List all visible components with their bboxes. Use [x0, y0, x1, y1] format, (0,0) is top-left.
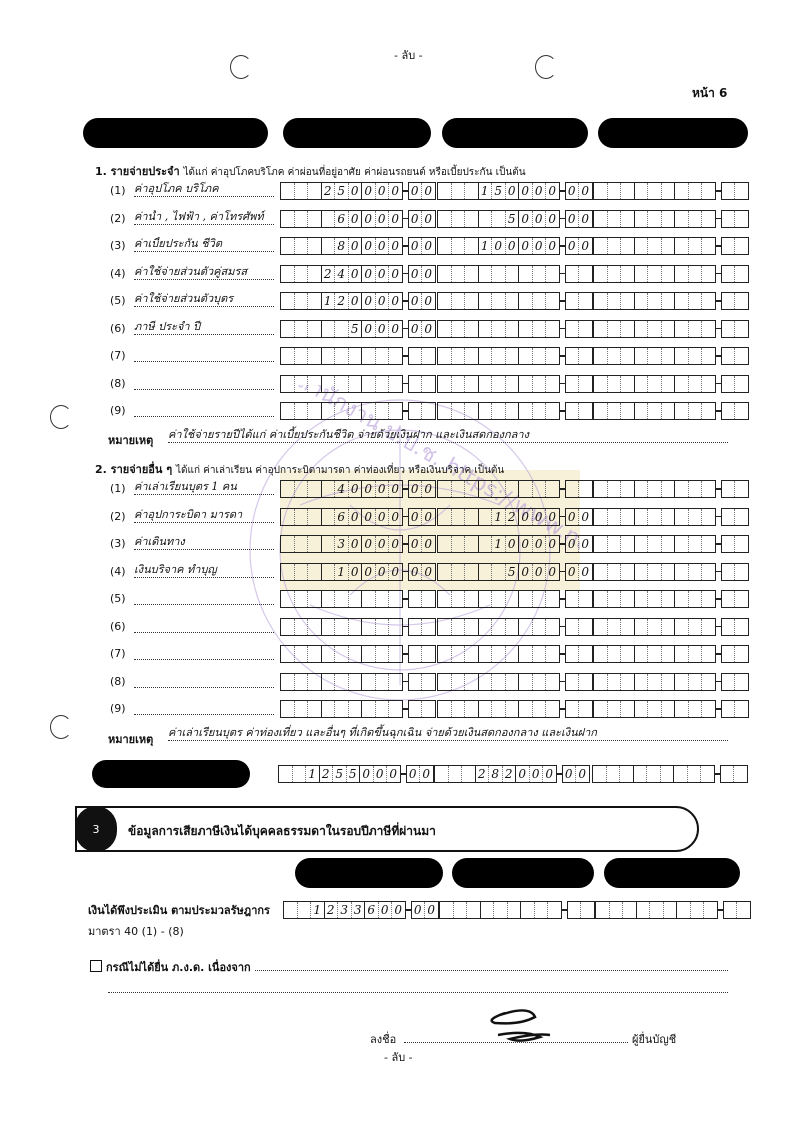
amount-field-col1[interactable]: 6000000	[280, 210, 436, 228]
digit-cell	[389, 701, 402, 717]
digit-cell	[465, 674, 478, 690]
digit-cell	[648, 348, 662, 364]
digit-cell	[492, 293, 506, 309]
digit-cell	[295, 619, 309, 635]
digit-cell	[479, 591, 493, 607]
row-number: (4)	[110, 267, 126, 280]
digit-cell	[546, 701, 559, 717]
digit-cell	[438, 403, 452, 419]
row-label-field[interactable]: ค่าเล่าเรียนบุตร 1 คน	[134, 480, 274, 495]
amount-field-col1[interactable]: 25000000	[280, 182, 436, 200]
amount-field-col3[interactable]	[593, 700, 749, 718]
decimal-cell	[566, 293, 580, 309]
decimal-cell: 0	[409, 266, 423, 282]
digit-cell	[322, 321, 336, 337]
decimal-cell	[579, 376, 592, 392]
digit-cell	[689, 619, 703, 635]
digit-cell	[335, 321, 349, 337]
digit-cell	[452, 376, 466, 392]
amount-field-col2[interactable]	[437, 347, 593, 365]
digit-cell	[635, 646, 649, 662]
digit-cell	[594, 536, 608, 552]
amount-field-col3[interactable]	[593, 590, 749, 608]
amount-field-col2[interactable]	[437, 292, 593, 310]
row-label-field[interactable]	[134, 347, 274, 362]
digit-cell: 6	[335, 509, 349, 525]
digit-cell	[438, 211, 452, 227]
row-label-field[interactable]	[134, 590, 274, 605]
digit-cell	[281, 619, 295, 635]
row-label-field[interactable]: ค่าน้ำ , ไฟฟ้า , ค่าโทรศัพท์	[134, 210, 274, 225]
digit-cell	[594, 293, 608, 309]
digit-cell	[519, 293, 533, 309]
decimal-cell: 0	[566, 211, 580, 227]
digit-cell	[452, 591, 466, 607]
punch-hole	[50, 715, 72, 739]
row-label-field[interactable]	[134, 402, 274, 417]
digit-cell	[635, 376, 649, 392]
amount-field-col3[interactable]	[593, 402, 749, 420]
digit-cell	[438, 293, 452, 309]
digit-cell: 0	[506, 183, 519, 199]
redacted-column-header	[604, 858, 740, 888]
decimal-cell	[409, 591, 423, 607]
amount-field-col1[interactable]: 4000000	[280, 480, 436, 498]
decimal-cell: 0	[422, 211, 435, 227]
amount-field-col2[interactable]	[437, 320, 593, 338]
digit-cell	[335, 348, 349, 364]
decimal-cell	[735, 321, 748, 337]
amount-field-col1[interactable]: 12000000	[280, 292, 436, 310]
digit-cell	[322, 509, 336, 525]
not-filed-checkbox[interactable]	[90, 960, 102, 972]
digit-cell	[702, 348, 715, 364]
decimal-cell	[579, 266, 592, 282]
amount-field-col1[interactable]: 500000	[280, 320, 436, 338]
digit-cell: 1	[311, 902, 324, 918]
decimal-cell: 0	[422, 564, 435, 580]
row-label-field[interactable]	[134, 645, 274, 660]
amount-field-col3[interactable]	[593, 182, 749, 200]
digit-cell	[648, 619, 662, 635]
digit-cell	[702, 183, 715, 199]
digit-cell	[608, 591, 622, 607]
digit-cell	[281, 376, 295, 392]
decimal-cell	[566, 481, 580, 497]
digit-cell	[533, 321, 547, 337]
digit-cell	[322, 403, 336, 419]
total-amount-col2[interactable]: 28200000	[434, 765, 590, 783]
digit-cell	[608, 376, 622, 392]
amount-field-col1[interactable]	[280, 618, 436, 636]
digit-cell	[608, 481, 622, 497]
digit-cell	[702, 376, 715, 392]
amount-field-col3[interactable]	[593, 673, 749, 691]
digit-cell	[662, 266, 675, 282]
amount-field-col1[interactable]	[280, 700, 436, 718]
digit-cell	[533, 293, 547, 309]
digit-cell: 0	[362, 183, 376, 199]
digit-cell	[506, 619, 519, 635]
digit-cell	[621, 509, 634, 525]
amount-field-col2[interactable]	[437, 590, 593, 608]
digit-cell	[389, 591, 402, 607]
row-label-field[interactable]: ค่าเดินทาง	[134, 535, 274, 550]
decimal-cell	[724, 902, 738, 918]
decimal-cell	[409, 348, 423, 364]
digit-cell	[479, 376, 493, 392]
digit-cell	[438, 481, 452, 497]
decimal-cell: 0	[422, 509, 435, 525]
amount-field-col2[interactable]	[437, 375, 593, 393]
amount-field-col2[interactable]: 1000000	[437, 535, 593, 553]
digit-cell	[621, 591, 634, 607]
digit-cell	[465, 348, 478, 364]
digit-cell	[295, 536, 309, 552]
not-filed-reason-field-line2[interactable]	[108, 980, 728, 993]
digit-cell	[662, 376, 675, 392]
row-label-field[interactable]: เงินบริจาค ทำบุญ	[134, 563, 274, 578]
amount-field-col3[interactable]	[593, 618, 749, 636]
amount-field-col1[interactable]: 24000000	[280, 265, 436, 283]
digit-cell	[689, 321, 703, 337]
row-label-field[interactable]	[134, 375, 274, 390]
digit-cell: 0	[349, 509, 362, 525]
decimal-cell	[409, 403, 423, 419]
digit-cell	[702, 564, 715, 580]
decimal-cell: 0	[579, 536, 592, 552]
digit-cell	[281, 509, 295, 525]
row-label-field[interactable]	[134, 700, 274, 715]
digit-cell: 0	[362, 536, 376, 552]
decimal-cell	[422, 403, 435, 419]
digit-cell	[452, 564, 466, 580]
digit-cell	[635, 266, 649, 282]
amount-field-col1[interactable]	[280, 673, 436, 691]
digit-cell	[662, 321, 675, 337]
digit-cell	[308, 266, 321, 282]
decimal-cell	[579, 403, 592, 419]
redacted-column-header	[83, 118, 268, 148]
digit-cell	[648, 238, 662, 254]
digit-cell	[389, 403, 402, 419]
row-number: (9)	[110, 404, 126, 417]
amount-field-col3[interactable]	[593, 508, 749, 526]
digit-cell	[689, 376, 703, 392]
decimal-cell	[722, 481, 736, 497]
section2-note-text: ค่าเล่าเรียนบุตร ค่าท่องเที่ยว และอื่นๆ …	[168, 726, 728, 741]
digit-cell: 0	[376, 211, 390, 227]
amount-field-col2[interactable]: 500000	[437, 210, 593, 228]
digit-cell: 2	[503, 766, 516, 782]
digit-cell	[284, 902, 298, 918]
decimal-cell	[722, 619, 736, 635]
digit-cell: 0	[519, 509, 533, 525]
digit-cell	[389, 376, 402, 392]
digit-cell	[648, 701, 662, 717]
digit-cell: 0	[389, 321, 402, 337]
digit-cell	[492, 481, 506, 497]
digit-cell	[608, 564, 622, 580]
digit-cell	[506, 646, 519, 662]
digit-cell: 5	[506, 564, 519, 580]
digit-cell: 0	[546, 238, 559, 254]
digit-cell	[308, 509, 321, 525]
digit-cell	[479, 536, 493, 552]
digit-cell	[492, 266, 506, 282]
digit-cell	[335, 674, 349, 690]
digit-cell	[376, 403, 390, 419]
amount-field-col2[interactable]: 1200000	[437, 508, 593, 526]
amount-field-col3[interactable]	[593, 347, 749, 365]
income-amount-col1[interactable]: 123360000	[283, 901, 439, 919]
decimal-cell	[735, 376, 748, 392]
digit-cell: 5	[347, 766, 360, 782]
digit-cell: 8	[489, 766, 503, 782]
amount-field-col2[interactable]	[437, 645, 593, 663]
amount-field-col1[interactable]: 1000000	[280, 563, 436, 581]
digit-cell: 0	[533, 238, 547, 254]
digit-cell: 0	[533, 564, 547, 580]
decimal-cell	[735, 183, 748, 199]
digit-cell: 0	[389, 266, 402, 282]
digit-cell	[621, 376, 634, 392]
not-filed-reason-field[interactable]	[255, 958, 728, 971]
digit-cell	[506, 266, 519, 282]
amount-field-col1[interactable]: 8000000	[280, 237, 436, 255]
amount-field-col3[interactable]	[593, 535, 749, 553]
digit-cell	[438, 509, 452, 525]
digit-cell	[519, 701, 533, 717]
decimal-cell	[409, 376, 423, 392]
digit-cell	[675, 348, 689, 364]
decimal-cell	[409, 646, 423, 662]
digit-cell	[594, 564, 608, 580]
digit-cell	[594, 211, 608, 227]
digit-cell	[621, 403, 634, 419]
digit-cell	[281, 674, 295, 690]
digit-cell	[281, 536, 295, 552]
amount-field-col2[interactable]	[437, 265, 593, 283]
digit-cell: 5	[333, 766, 347, 782]
decimal-cell	[579, 674, 592, 690]
total-amount-col3[interactable]	[592, 765, 748, 783]
signer-role: ผู้ยื่นบัญชี	[632, 1030, 676, 1048]
digit-cell	[621, 701, 634, 717]
digit-cell: 0	[349, 564, 362, 580]
amount-field-col2[interactable]	[437, 480, 593, 498]
amount-field-col2[interactable]	[437, 700, 593, 718]
amount-field-col2[interactable]	[437, 673, 593, 691]
digit-cell	[479, 348, 493, 364]
amount-field-col3[interactable]	[593, 563, 749, 581]
amount-field-col1[interactable]: 6000000	[280, 508, 436, 526]
digit-cell: 0	[546, 536, 559, 552]
amount-field-col2[interactable]	[437, 402, 593, 420]
digit-cell	[648, 376, 662, 392]
amount-field-col3[interactable]	[593, 645, 749, 663]
digit-cell: 2	[476, 766, 490, 782]
digit-cell	[608, 536, 622, 552]
digit-cell	[465, 293, 478, 309]
digit-cell	[349, 619, 362, 635]
digit-cell	[376, 646, 390, 662]
digit-cell	[376, 348, 390, 364]
row-label-field[interactable]	[134, 673, 274, 688]
amount-field-col3[interactable]	[593, 210, 749, 228]
amount-field-col1[interactable]	[280, 590, 436, 608]
digit-cell	[479, 509, 493, 525]
digit-cell	[662, 293, 675, 309]
digit-cell	[635, 403, 649, 419]
decimal-cell: 0	[566, 183, 580, 199]
digit-cell	[533, 403, 547, 419]
digit-cell	[519, 266, 533, 282]
decimal-cell	[566, 591, 580, 607]
amount-field-col3[interactable]	[593, 237, 749, 255]
digit-cell	[349, 348, 362, 364]
total-amount-col1[interactable]: 125500000	[278, 765, 434, 783]
amount-field-col2[interactable]: 500000	[437, 563, 593, 581]
row-label-field[interactable]: ค่าใช้จ่ายส่วนตัวบุตร	[134, 292, 274, 307]
amount-field-col1[interactable]	[280, 645, 436, 663]
digit-cell	[492, 321, 506, 337]
decimal-cell	[579, 321, 592, 337]
digit-cell	[506, 293, 519, 309]
digit-cell	[661, 766, 674, 782]
digit-cell: 0	[376, 536, 390, 552]
row-number: (9)	[110, 702, 126, 715]
digit-cell	[308, 403, 321, 419]
digit-cell	[281, 646, 295, 662]
row-label-field[interactable]: ค่าใช้จ่ายส่วนตัวคู่สมรส	[134, 265, 274, 280]
decimal-cell	[722, 509, 736, 525]
amount-field-col2[interactable]: 10000000	[437, 237, 593, 255]
digit-cell	[662, 211, 675, 227]
row-number: (7)	[110, 349, 126, 362]
digit-cell	[465, 321, 478, 337]
amount-field-col1[interactable]: 3000000	[280, 535, 436, 553]
decimal-cell	[722, 646, 736, 662]
digit-cell	[648, 509, 662, 525]
row-label-field[interactable]: ค่าอุปโภค บริโภค	[134, 182, 274, 197]
digit-cell	[452, 403, 466, 419]
digit-cell: 0	[519, 536, 533, 552]
digit-cell	[702, 238, 715, 254]
digit-cell	[438, 266, 452, 282]
income-amount-col3[interactable]	[595, 901, 751, 919]
digit-cell	[702, 293, 715, 309]
page-number: หน้า 6	[692, 84, 727, 103]
digit-cell	[362, 701, 376, 717]
digit-cell: 0	[389, 509, 402, 525]
amount-field-col2[interactable]	[437, 618, 593, 636]
income-amount-col2[interactable]	[439, 901, 595, 919]
digit-cell	[335, 376, 349, 392]
digit-cell: 0	[533, 536, 547, 552]
row-label-field[interactable]: ค่าอุปการะบิดา มารดา	[134, 508, 274, 523]
digit-cell	[675, 646, 689, 662]
decimal-cell	[735, 591, 748, 607]
digit-cell	[519, 619, 533, 635]
digit-cell	[322, 591, 336, 607]
digit-cell	[281, 293, 295, 309]
digit-cell	[349, 376, 362, 392]
digit-cell: 0	[374, 766, 388, 782]
digit-cell	[548, 902, 561, 918]
digit-cell: 0	[379, 902, 393, 918]
row-number: (6)	[110, 620, 126, 633]
amount-field-col3[interactable]	[593, 265, 749, 283]
digit-cell	[635, 564, 649, 580]
decimal-cell: 0	[566, 536, 580, 552]
row-label-field[interactable]: ภาษี ประจำ ปี	[134, 320, 274, 335]
digit-cell	[689, 509, 703, 525]
amount-field-col1[interactable]	[280, 347, 436, 365]
decimal-cell	[735, 266, 748, 282]
digit-cell	[621, 266, 634, 282]
amount-field-col3[interactable]	[593, 292, 749, 310]
digit-cell	[689, 211, 703, 227]
sign-label: ลงชื่อ	[370, 1030, 396, 1048]
decimal-cell: 0	[422, 238, 435, 254]
digit-cell	[492, 619, 506, 635]
digit-cell	[281, 403, 295, 419]
digit-cell: 0	[376, 509, 390, 525]
digit-cell	[438, 646, 452, 662]
digit-cell	[440, 902, 454, 918]
digit-cell	[689, 481, 703, 497]
decimal-cell	[579, 481, 592, 497]
digit-cell	[635, 481, 649, 497]
amount-field-col1[interactable]	[280, 402, 436, 420]
digit-cell	[594, 619, 608, 635]
decimal-cell	[579, 591, 592, 607]
amount-field-col3[interactable]	[593, 320, 749, 338]
digit-cell	[479, 646, 493, 662]
decimal-cell: 0	[409, 564, 423, 580]
digit-cell	[295, 376, 309, 392]
digit-cell	[596, 902, 610, 918]
amount-field-col3[interactable]	[593, 375, 749, 393]
decimal-cell	[722, 348, 736, 364]
digit-cell	[662, 619, 675, 635]
digit-cell	[635, 321, 649, 337]
digit-cell: 0	[362, 266, 376, 282]
digit-cell	[295, 348, 309, 364]
digit-cell: 2	[506, 509, 519, 525]
digit-cell	[702, 701, 715, 717]
digit-cell	[335, 591, 349, 607]
digit-cell	[702, 321, 715, 337]
decimal-cell	[579, 646, 592, 662]
digit-cell	[689, 591, 703, 607]
row-label-field[interactable]	[134, 618, 274, 633]
digit-cell	[702, 674, 715, 690]
digit-cell	[648, 536, 662, 552]
digit-cell: 0	[389, 564, 402, 580]
amount-field-col3[interactable]	[593, 480, 749, 498]
amount-field-col1[interactable]	[280, 375, 436, 393]
amount-field-col2[interactable]: 15000000	[437, 182, 593, 200]
digit-cell	[688, 766, 702, 782]
digit-cell	[621, 619, 634, 635]
digit-cell	[608, 619, 622, 635]
digit-cell	[648, 293, 662, 309]
row-label-field[interactable]: ค่าเบี้ยประกัน ชีวิต	[134, 237, 274, 252]
digit-cell	[295, 266, 309, 282]
digit-cell	[322, 701, 336, 717]
